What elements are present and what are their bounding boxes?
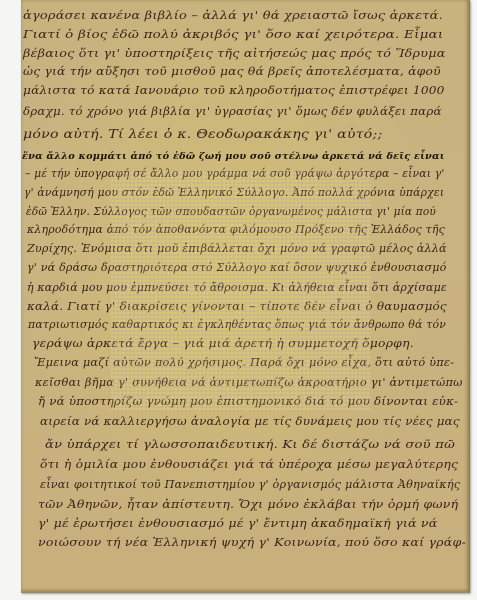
handwritten-line-12: κληροδότημα ἀπό τόν ἀποθανόντα φιλόμουσο… (27, 222, 445, 236)
handwritten-line-11: ἐδῶ Ἑλλην. Σύλλογος τῶν σπουδαστῶν ὀργαν… (26, 204, 436, 218)
handwritten-line-21: ἤ νά ὑποστηρίζω γνώμη μου ἐπιστημονικό δ… (38, 394, 458, 408)
handwritten-line-23: ἄν ὑπάρχει τί γλωσσοπαιδευτική. Κι δέ δι… (45, 437, 455, 451)
handwritten-line-27: γ' μέ ἐρωτήσει ἐνθουσιασμό μέ γ' ἔντιμη … (38, 516, 437, 530)
handwritten-line-22: αιρεία νά καλλιεργήσω ἀναλογία με τίς δυ… (40, 414, 460, 428)
handwritten-line-28: νοιώσουν τή νέα Ἑλληνική ψυχή γ' Κοινωνί… (38, 535, 466, 549)
handwritten-line-19: Ἔμεινα μαζί αὐτῶν πολύ χρήσιμος. Παρά ὄχ… (34, 355, 454, 369)
handwritten-line-1: ἀγοράσει κανένα βιβλίο – ἀλλά γι' θά χρε… (23, 8, 443, 22)
handwritten-line-10: γ' ἀνάμνησή μου στόν ἐδῶ Ἑλληνικό Σύλλογ… (24, 185, 444, 199)
handwritten-line-17: πατριωτισμός καθαρτικός κι ἐγκληθέντας ὅ… (28, 317, 446, 331)
letter-paper: ἀγοράσει κανένα βιβλίο – ἀλλά γι' θά χρε… (21, 0, 470, 593)
handwritten-line-18: γεράψω ἀρκετά ἔργα – γιά μιά ἀρετή ἡ συμ… (32, 336, 414, 350)
handwritten-line-24: ὅτι ἡ ὁμιλία μου ἐνθουσιάζει γιά τά ὑπέρ… (40, 457, 458, 471)
handwritten-line-3: βέβαιος ὅτι γι' ὑποστηρίξεις τῆς αἰτήσεώ… (23, 46, 446, 60)
handwritten-line-7: μόνο αὐτή. Τί λέει ὁ κ. Θεοδωρακάκης γι'… (23, 127, 383, 141)
handwritten-line-20: κεῖσθαι βῆμα γ' συνήθεια νά ἀντιμετωπίζω… (35, 375, 463, 389)
handwritten-line-14: γ' νά δράσω δραστηριότερα στό Σύλλογο κα… (27, 260, 446, 274)
handwritten-line-6: δραχμ. τό χρόνο γιά βιβλία γι' ὑγρασίας … (23, 104, 442, 118)
handwritten-line-8: ἕνα ἄλλο κομμάτι ἀπό τό ἐδῶ ζωή μου σοῦ … (22, 150, 445, 164)
handwritten-line-25: εἶναι φοιτητικοί τοῦ Πανεπιστημίου γ' ὀρ… (40, 477, 460, 491)
handwritten-line-2: Γιατί ὁ βίος ἐδῶ πολύ ἀκριβός γι' ὅσο κα… (23, 27, 443, 41)
handwritten-line-15: ἡ καρδιά μου μου ἐμπνεύσει τό ἄθροισμα. … (27, 280, 447, 294)
handwritten-line-13: Ζυρίχης. Ἐνόμισα ὅτι μοῦ ἐπιβάλλεται ὄχι… (27, 241, 447, 255)
handwritten-line-16: καλά. Γιατί γ' διακρίσεις γίνονται – τίπ… (27, 299, 447, 313)
handwritten-line-5: μάλιστα τό κατά Ιανουάριο τοῦ κληροδοτήμ… (23, 83, 445, 97)
handwritten-line-9: – μέ τήν ὑπογραφή σέ ἄλλο μου γράμμα νά … (25, 166, 444, 180)
handwritten-line-26: τῶν Ἀθηνῶν, ἦταν ἀπίστευτη. Ὄχι μόνο ἐκλ… (38, 497, 458, 511)
handwritten-line-4: ὡς γιά τήν αὔξησι τοῦ μισθοῦ μας θά βρεῖ… (23, 64, 441, 78)
